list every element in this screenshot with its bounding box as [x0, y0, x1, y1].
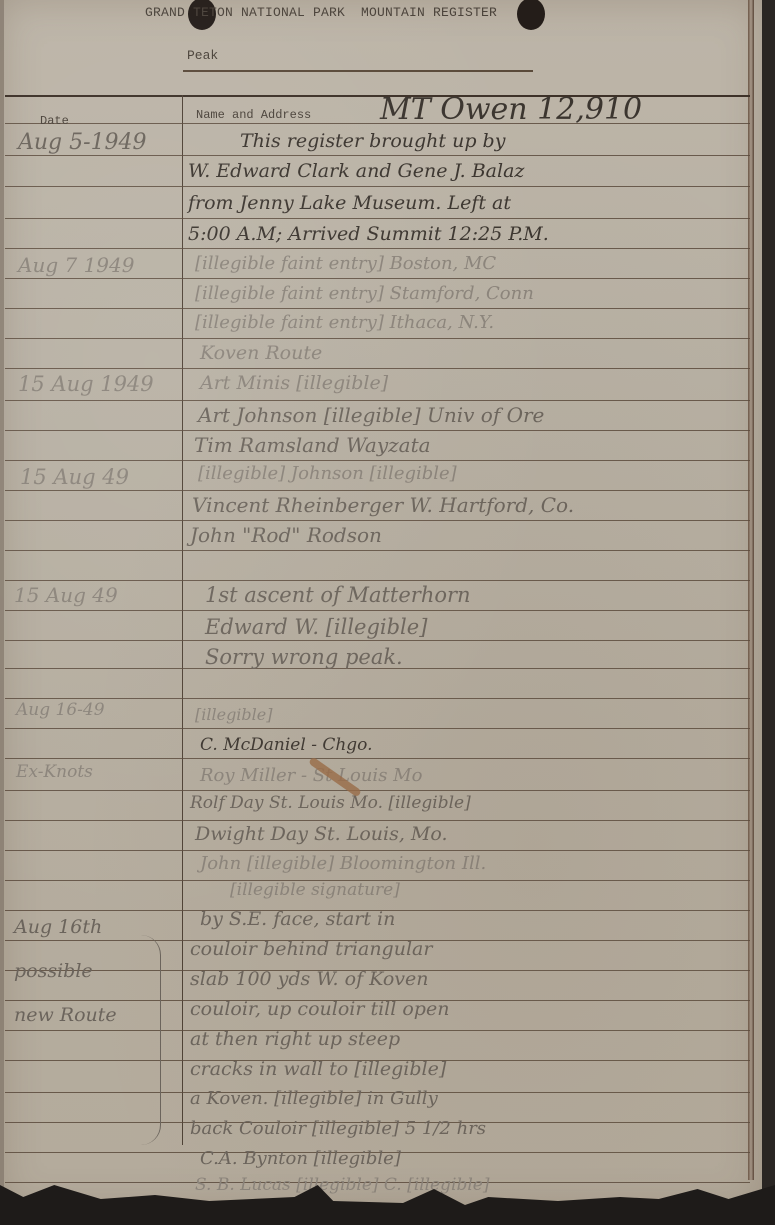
- entry-line: cracks in wall to [illegible]: [190, 1058, 446, 1080]
- entry-line: Dwight Day St. Louis, Mo.: [195, 823, 448, 845]
- entry-line: This register brought up by: [240, 130, 505, 152]
- ruled-line: [5, 550, 750, 551]
- entry-line: couloir behind triangular: [190, 938, 432, 960]
- entry-date: 15 Aug 49: [14, 583, 118, 607]
- ruled-line: [5, 970, 750, 971]
- entry-line: John "Rod" Rodson: [190, 523, 382, 547]
- entry-line: [illegible faint entry] Boston, MC: [195, 253, 496, 274]
- entry-line: Tim Ramsland Wayzata: [194, 433, 431, 457]
- ruled-line: [5, 278, 750, 279]
- ruled-line: [5, 790, 750, 791]
- entry-line: slab 100 yds W. of Koven: [190, 968, 428, 990]
- ruled-line: [5, 338, 750, 339]
- table-top-rule: [5, 95, 750, 97]
- entry-line: W. Edward Clark and Gene J. Balaz: [188, 160, 524, 182]
- entry-line: S. B. Lucas [illegible] C. [illegible]: [195, 1175, 489, 1195]
- column-divider: [182, 95, 183, 1145]
- ruled-line: [5, 758, 750, 759]
- entry-date: Aug 16th possible new Route: [14, 905, 134, 1037]
- entry-line: by S.E. face, start in: [200, 908, 395, 930]
- ruled-line: [5, 368, 750, 369]
- entry-line: Art Minis [illegible]: [200, 372, 388, 394]
- entry-line: Sorry wrong peak.: [205, 645, 403, 669]
- ruled-line: [5, 186, 750, 187]
- ruled-line: [5, 820, 750, 821]
- entry-line: couloir, up couloir till open: [190, 998, 449, 1020]
- register-page: GRAND TETON NATIONAL PARK MOUNTAIN REGIS…: [0, 0, 762, 1210]
- entry-line: [illegible signature]: [230, 880, 400, 900]
- ruled-line: [5, 218, 750, 219]
- entry-line: Art Johnson [illegible] Univ of Ore: [198, 403, 544, 427]
- entry-line: at then right up steep: [190, 1028, 400, 1050]
- entry-line: C. McDaniel - Chgo.: [200, 735, 373, 755]
- stain-mark: [308, 757, 362, 798]
- entry-line: [illegible faint entry] Ithaca, N.Y.: [195, 312, 494, 333]
- ruled-line: [5, 698, 750, 699]
- ruled-line: [5, 1152, 750, 1153]
- entry-line: Koven Route: [200, 342, 322, 364]
- ruled-line: [5, 580, 750, 581]
- name-column-header: Name and Address: [196, 108, 311, 122]
- entry-line: [illegible]: [195, 705, 273, 724]
- date-column-header: Date: [40, 114, 69, 128]
- ruled-line: [5, 400, 750, 401]
- ruled-line: [5, 155, 750, 156]
- entry-line: Roy Miller - St Louis Mo: [200, 765, 422, 786]
- register-title: GRAND TETON NATIONAL PARK MOUNTAIN REGIS…: [145, 5, 497, 20]
- entry-date: 15 Aug 1949: [18, 372, 154, 396]
- entry-line: Edward W. [illegible]: [205, 615, 427, 639]
- entry-date: Aug 5-1949: [18, 130, 147, 155]
- entry-date: Ex-Knots: [16, 762, 93, 782]
- ruled-line: [5, 460, 750, 461]
- peak-label: Peak: [187, 48, 218, 63]
- ruled-line: [5, 668, 750, 669]
- entry-date: Aug 16-49: [16, 700, 105, 720]
- ruled-line: [5, 308, 750, 309]
- ruled-line: [5, 640, 750, 641]
- ruled-line: [5, 850, 750, 851]
- peak-name: MT Owen 12,910: [380, 92, 642, 127]
- entry-line: back Couloir [illegible] 5 1/2 hrs: [190, 1118, 486, 1139]
- entry-line: [illegible faint entry] Stamford, Conn: [195, 283, 534, 304]
- ruled-line: [5, 1030, 750, 1031]
- ruled-line: [5, 1122, 750, 1123]
- ruled-line: [5, 1000, 750, 1001]
- entry-line: 5:00 A.M; Arrived Summit 12:25 P.M.: [188, 223, 549, 245]
- entry-line: from Jenny Lake Museum. Left at: [188, 192, 511, 214]
- ruled-line: [5, 610, 750, 611]
- binder-hole: [517, 0, 545, 30]
- entry-line: 1st ascent of Matterhorn: [205, 583, 471, 607]
- ruled-line: [5, 430, 750, 431]
- ruled-line: [5, 728, 750, 729]
- page-edge: [748, 0, 754, 1180]
- entry-date: 15 Aug 49: [20, 465, 129, 489]
- entry-line: C.A. Bynton [illegible]: [200, 1148, 401, 1169]
- ruled-line: [5, 940, 750, 941]
- peak-underline: [183, 70, 533, 72]
- ruled-line: [5, 880, 750, 881]
- frame-edge: [0, 0, 4, 1210]
- entry-line: [illegible] Johnson [illegible]: [198, 463, 457, 484]
- ruled-line: [5, 1182, 750, 1183]
- ruled-line: [5, 910, 750, 911]
- ruled-line: [5, 1060, 750, 1061]
- ruled-line: [5, 490, 750, 491]
- entry-line: Rolf Day St. Louis Mo. [illegible]: [190, 793, 471, 813]
- ruled-line: [5, 1092, 750, 1093]
- binder-hole: [188, 0, 216, 30]
- ruled-line: [5, 520, 750, 521]
- entry-line: John [illegible] Bloomington Ill.: [200, 853, 486, 874]
- entry-line: Vincent Rheinberger W. Hartford, Co.: [192, 493, 574, 517]
- ruled-line: [5, 248, 750, 249]
- brace-mark: [130, 935, 161, 1145]
- entry-date: Aug 7 1949: [18, 253, 134, 277]
- entry-line: a Koven. [illegible] in Gully: [190, 1088, 438, 1109]
- ruled-line: [5, 123, 750, 124]
